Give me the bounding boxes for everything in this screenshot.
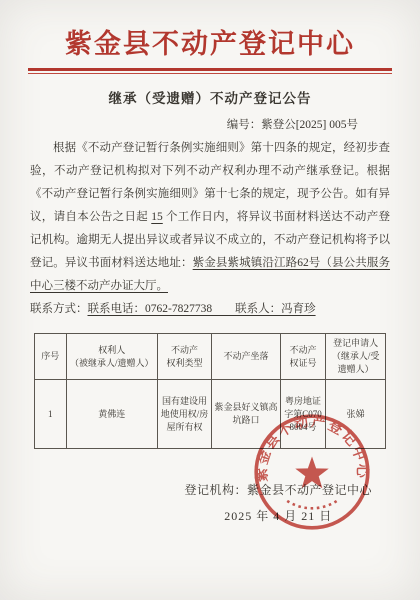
divider-thin-line — [28, 73, 392, 74]
divider-thick-line — [28, 68, 392, 71]
contact-label: 联系方式： — [30, 303, 88, 315]
notice-body: 根据《不动产登记暂行条例实施细则》第十四条的规定，经初步查验，不动产登记机构拟对… — [30, 137, 390, 321]
cell-cert-no: 粤房地证字第C0708004号 — [280, 380, 326, 449]
contact-line: 联系方式：联系电话：0762-7827738 联系人：冯育珍 — [30, 298, 390, 321]
cell-right-type: 国有建设用地使用权/房屋所有权 — [157, 380, 211, 449]
col-header-index: 序号 — [35, 334, 67, 380]
doc-number: 编号：紫登公[2025] 005号 — [0, 116, 420, 132]
header-divider — [28, 68, 392, 74]
notice-paragraph: 根据《不动产登记暂行条例实施细则》第十四条的规定，经初步查验，不动产登记机构拟对… — [30, 137, 390, 298]
notice-document: 紫金县不动产登记中心 继承（受遗赠）不动产登记公告 编号：紫登公[2025] 0… — [0, 0, 420, 600]
cell-applicant: 张娣 — [326, 380, 386, 449]
issue-date: 2025 年 4 月 21 日 — [224, 507, 332, 524]
col-header-location: 不动产坐落 — [212, 334, 280, 380]
objection-days: 15 — [151, 211, 163, 223]
col-header-cert-no: 不动产 权证号 — [280, 334, 326, 380]
property-table: 序号 权利人 （被继承人/遗赠人） 不动产 权利类型 不动产坐落 不动产 权证号… — [34, 333, 386, 449]
col-header-right-type: 不动产 权利类型 — [157, 334, 211, 380]
signature-block: 登记机构：紫金县不动产登记中心 2025 年 4 月 21 日 — [184, 481, 372, 524]
table-row: 1 黄佛连 国有建设用地使用权/房屋所有权 紫金县好义镇高坑路口 粤房地证字第C… — [35, 380, 386, 449]
notice-subtitle: 继承（受遗赠）不动产登记公告 — [0, 87, 420, 107]
registry-org-line: 登记机构：紫金县不动产登记中心 — [184, 481, 372, 498]
cell-index: 1 — [35, 380, 67, 449]
col-header-holder: 权利人 （被继承人/遗赠人） — [66, 334, 157, 380]
col-header-applicant: 登记申请人 （继承人/受遗赠人） — [326, 334, 386, 380]
cell-location: 紫金县好义镇高坑路口 — [212, 380, 280, 449]
cell-holder: 黄佛连 — [66, 380, 157, 449]
table-header-row: 序号 权利人 （被继承人/遗赠人） 不动产 权利类型 不动产坐落 不动产 权证号… — [35, 334, 386, 380]
contact-detail: 联系电话：0762-7827738 联系人：冯育珍 — [88, 303, 316, 315]
page-title: 紫金县不动产登记中心 — [0, 0, 420, 61]
